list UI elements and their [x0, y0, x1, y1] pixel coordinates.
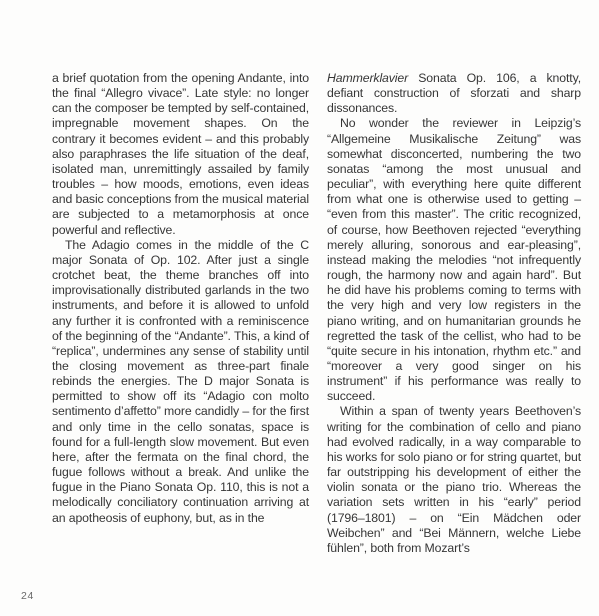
page-number: 24: [21, 590, 34, 602]
booklet-page: a brief quotation from the opening Andan…: [0, 0, 599, 616]
paragraph-twenty-years: Within a span of twenty years Beethoven’…: [327, 404, 581, 556]
paragraph-continued: a brief quotation from the opening Andan…: [52, 71, 309, 238]
text-column-left: a brief quotation from the opening Andan…: [52, 71, 309, 526]
paragraph-reviewer: No wonder the reviewer in Leipzig’s “All…: [327, 116, 581, 404]
text-column-right: Hammerklavier Sonata Op. 106, a knotty, …: [327, 71, 581, 556]
paragraph-adagio: The Adagio comes in the middle of the C …: [52, 238, 309, 526]
italic-work-title: Hammerklavier: [327, 71, 408, 85]
paragraph-hammerklavier: Hammerklavier Sonata Op. 106, a knotty, …: [327, 71, 581, 116]
